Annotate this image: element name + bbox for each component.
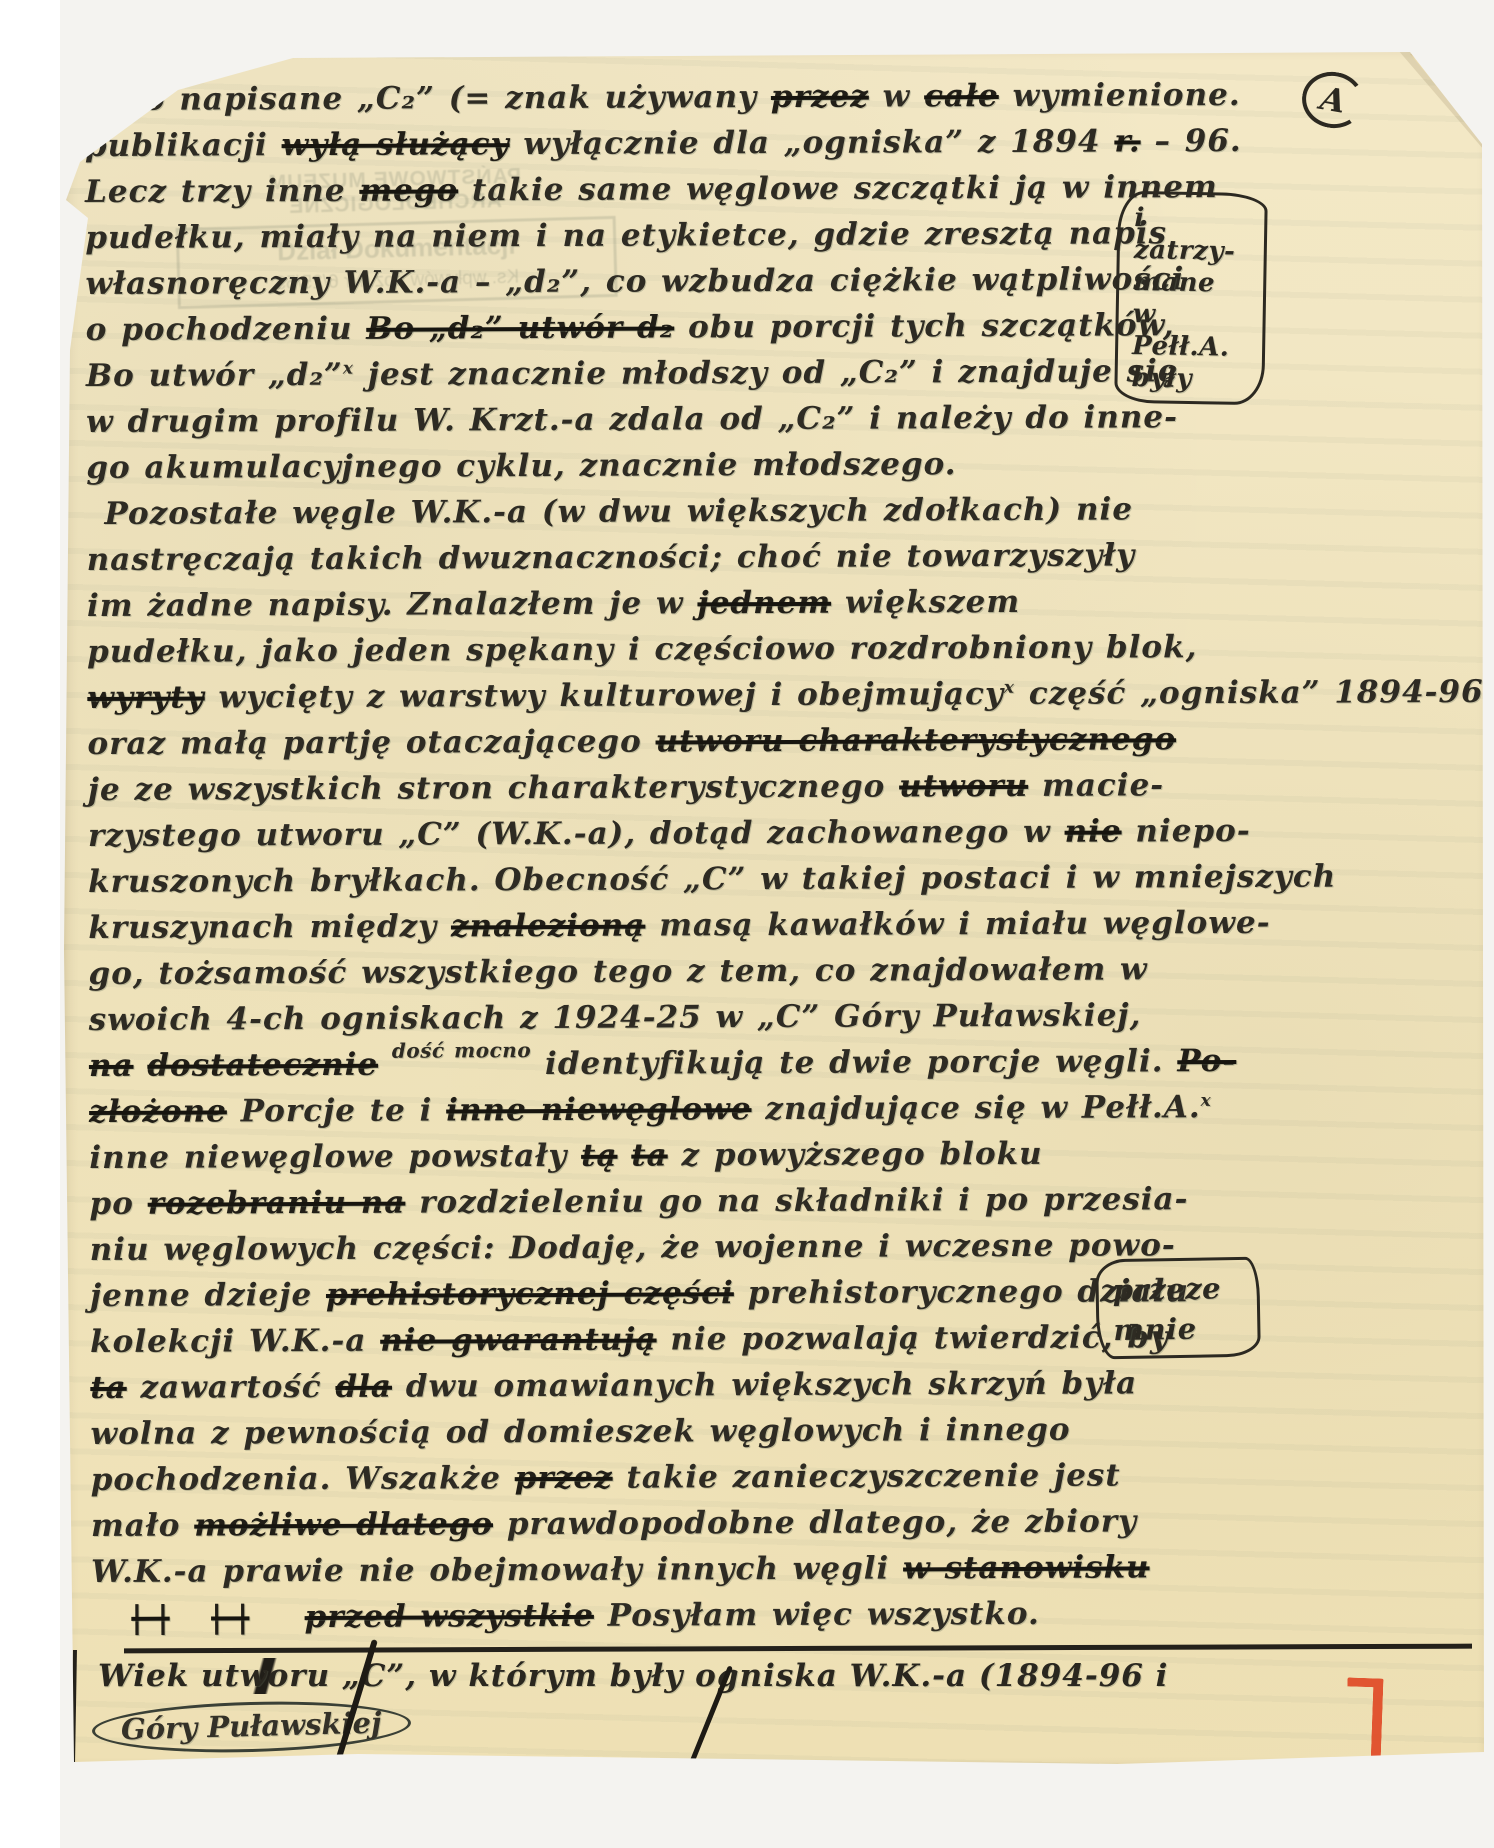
handwritten-text: x xyxy=(1201,1091,1212,1111)
struck-text: na xyxy=(89,1048,134,1084)
handwritten-text: inne niewęglowe powstały xyxy=(89,1138,581,1176)
handwritten-text: rzystego utworu „C” (W.K.-a), dotąd zach… xyxy=(88,814,1065,854)
handwritten-text: wymienione. xyxy=(999,77,1241,114)
manuscript-line: inne niewęglowe powstały tą ta z powyższ… xyxy=(89,1129,1479,1181)
struck-text: nie xyxy=(1064,814,1121,850)
handwritten-text: rozdzieleniu go na składniki i po przesi… xyxy=(405,1181,1188,1220)
handwritten-text: zawartość xyxy=(127,1369,336,1406)
manuscript-line: publikacji wyłą służący wyłącznie dla „o… xyxy=(85,117,1475,169)
manuscript-line: kolekcji W.K.-a nie gwarantują nie pozwa… xyxy=(90,1313,1480,1365)
struck-text: przed wszystkie xyxy=(305,1598,594,1635)
handwritten-text: własnoręczny W.K.-a – „d₂”, co wzbudza c… xyxy=(85,261,1184,302)
margin-note-retained: i zatrzy-manew Pełł.A.były xyxy=(1114,191,1268,406)
struck-text: mego xyxy=(359,172,458,208)
manuscript-line: po rozebraniu na rozdzieleniu go na skła… xyxy=(89,1175,1479,1227)
manuscript-line: w drugim profilu W. Krzt.-a zdala od „C₂… xyxy=(86,393,1476,445)
footer-left-bracket xyxy=(71,1650,77,1762)
paper: PAŃSTWOWE MUZEUM ARCHEOLOGICZNE Dział Do… xyxy=(58,50,1484,1772)
handwritten-text: jest znacznie młodszy od „C₂” i znajduje… xyxy=(354,353,1179,393)
margin-note-line: przeze xyxy=(1112,1268,1245,1310)
manuscript-line: oraz małą partję otaczającego utworu cha… xyxy=(87,715,1477,767)
handwritten-text: mało xyxy=(91,1508,194,1544)
handwritten-text: obu porcji tych szczątków, xyxy=(674,307,1175,345)
handwritten-text: publikacji xyxy=(85,127,282,164)
handwritten-text xyxy=(617,1138,631,1174)
handwritten-text: w xyxy=(869,78,924,114)
handwritten-text: niepo- xyxy=(1122,813,1251,850)
manuscript-line: złożone Porcje te i inne niewęglowe znaj… xyxy=(89,1083,1479,1135)
handwritten-text: utworu xyxy=(201,1658,330,1694)
struck-text: ta xyxy=(631,1138,668,1174)
handwritten-text: pochodzenia. Wszakże xyxy=(91,1460,515,1498)
manuscript-line: nastręczają takich dwuznaczności; choć n… xyxy=(87,531,1477,583)
struck-text: złożone xyxy=(89,1093,227,1130)
struck-text: przez xyxy=(515,1460,613,1496)
margin-note-line: mane xyxy=(1133,266,1252,300)
struck-text: jednem xyxy=(697,585,831,622)
struck-text: znalezioną xyxy=(451,908,646,945)
manuscript-line: o pochodzeniu Bo „d₂” utwór d₂ obu porcj… xyxy=(86,301,1476,353)
manuscript-line: niu węglowych części: Dodaję, że wojenne… xyxy=(90,1221,1480,1273)
handwritten-text: x xyxy=(1004,678,1015,698)
manuscript-line: go, tożsamość wszystkiego tego z tem, co… xyxy=(88,945,1478,997)
margin-note-line: w Pełł.A. xyxy=(1132,298,1251,364)
manuscript-line: kruszonych bryłkach. Obecność „C” w taki… xyxy=(88,853,1478,905)
handwritten-text: jenne dzieje xyxy=(90,1277,326,1314)
handwritten-text: kolekcji W.K.-a xyxy=(90,1323,380,1360)
handwritten-text: swoich 4-ch ogniskach z 1924-25 w „C” Gó… xyxy=(89,997,1142,1038)
manuscript-line: im żadne napisy. Znalazłem je w jednem w… xyxy=(87,577,1477,629)
handwritten-text: „C”, w którym były ogniska W.K.-a (1894-… xyxy=(330,1658,1168,1694)
manuscript-line: Bo utwór „d₂”x jest znacznie młodszy od … xyxy=(86,347,1476,399)
handwritten-text: takie zanieczyszczenie jest xyxy=(613,1458,1121,1496)
footer-circled-text: Góry Puławskiej xyxy=(91,1698,411,1756)
manuscript-line: własnoręczny W.K.-a – „d₂”, co wzbudza c… xyxy=(85,255,1475,307)
margin-note-by-me: przezemnie xyxy=(1095,1257,1261,1360)
manuscript-line: mało możliwe dlatego prawdopodobne dlate… xyxy=(91,1497,1481,1549)
handwritten-text: z powyższego bloku xyxy=(668,1136,1043,1174)
handwritten-text: Bo utwór „d₂” xyxy=(86,357,343,394)
handwritten-text: Wiek xyxy=(98,1658,201,1694)
handwritten-text: takie same węglowe szczątki ją w innem xyxy=(458,169,1218,208)
scan-background: { "document": { "type": "handwritten-man… xyxy=(0,0,1494,1848)
handwritten-text: masą kawałków i miału węglowe- xyxy=(645,905,1270,944)
manuscript-line: | | | | przed wszystkie Posyłam więc wsz… xyxy=(91,1589,1481,1641)
handwritten-text: go akumulacyjnego cyklu, znacznie młodsz… xyxy=(86,446,956,486)
manuscript-line: jenne dzieje prehistorycznej części preh… xyxy=(90,1267,1480,1319)
handwritten-text: Lecz trzy inne xyxy=(85,173,359,210)
struck-text: utworu charakterystycznego xyxy=(655,721,1176,759)
struck-text: możliwe dlatego xyxy=(194,1506,493,1543)
struck-text: dostatecznie xyxy=(147,1047,378,1084)
struck-text: wyłą służący xyxy=(281,126,509,163)
manuscript-line: ta zawartość dla dwu omawianych większyc… xyxy=(90,1359,1480,1411)
manuscript-line: pochodzenia. Wszakże przez takie zaniecz… xyxy=(91,1451,1481,1503)
handwritten-text: nie pozwalają twierdzić, by xyxy=(656,1319,1169,1357)
manuscript-line: rzystego utworu „C” (W.K.-a), dotąd zach… xyxy=(88,807,1478,859)
manuscript-line: kruszynach między znalezioną masą kawałk… xyxy=(88,899,1478,951)
manuscript-line: go akumulacyjnego cyklu, znacznie młodsz… xyxy=(86,439,1476,491)
struck-text: inne niewęglowe xyxy=(446,1091,752,1128)
manuscript-line: wolna z pewnością od domieszek węglowych… xyxy=(90,1405,1480,1457)
struck-text: tą xyxy=(581,1138,618,1174)
handwritten-text: wycięty z warstwy kulturowej i obejmując… xyxy=(205,676,1004,715)
struck-text: utworu xyxy=(899,768,1028,805)
manuscript-lines: Było napisane „C₂” (= znak używany przez… xyxy=(85,71,1482,1641)
handwritten-text: część „ogniska” 1894-96, xyxy=(1015,674,1494,712)
handwritten-text: im żadne napisy. Znalazłem je w xyxy=(87,585,698,624)
footer-rule xyxy=(124,1644,1472,1654)
handwritten-text xyxy=(170,1600,212,1636)
handwritten-text: znajdujące się w Pełł.A. xyxy=(751,1089,1200,1127)
handwritten-text: prawdopodobne dlatego, że zbiory xyxy=(493,1503,1137,1542)
handwritten-text: niu węglowych części: Dodaję, że wojenne… xyxy=(90,1227,1176,1268)
manuscript-line: Pozostałe węgle W.K.-a (w dwu większych … xyxy=(86,485,1476,537)
handwritten-text: dwu omawianych większych skrzyń była xyxy=(392,1365,1137,1404)
struck-text: Bo „d₂” utwór d₂ xyxy=(366,309,674,346)
struck-text: Po- xyxy=(1177,1043,1236,1079)
handwritten-text: wolna z pewnością od domieszek węglowych… xyxy=(90,1412,1070,1452)
handwritten-text: identyfikują te dwie porcje węgli. xyxy=(531,1043,1177,1082)
handwritten-text xyxy=(378,1047,392,1083)
footer-line: Wiek utworu „C”, w którym były ogniska W… xyxy=(98,1658,1168,1694)
struck-text: rozebraniu na xyxy=(148,1185,406,1222)
manuscript-line: wyryty wycięty z warstwy kulturowej i ob… xyxy=(87,669,1477,721)
red-bracket-mark xyxy=(1344,1677,1383,1767)
handwritten-text: kruszynach między xyxy=(88,908,451,946)
handwritten-text: Porcje te i xyxy=(227,1092,446,1129)
manuscript-line: swoich 4-ch ogniskach z 1924-25 w „C” Gó… xyxy=(89,991,1479,1043)
struck-text: dla xyxy=(335,1369,392,1405)
handwritten-text: po xyxy=(89,1186,147,1222)
manuscript-line: Było napisane „C₂” (= znak używany przez… xyxy=(85,71,1475,123)
struck-text: nie gwarantują xyxy=(380,1322,657,1359)
margin-note-line: mnie xyxy=(1113,1308,1246,1350)
handwritten-text: większem xyxy=(831,584,1020,621)
struck-text: prehistorycznej części xyxy=(326,1275,734,1313)
struck-text: | | xyxy=(211,1599,250,1635)
handwritten-text: nastręczają takich dwuznaczności; choć n… xyxy=(87,537,1136,578)
handwritten-text: Pozostałe węgle W.K.-a (w dwu większych … xyxy=(104,491,1133,531)
manuscript-line: na dostatecznie dość mocno identyfikują … xyxy=(89,1037,1479,1089)
handwritten-text: macie- xyxy=(1028,767,1164,804)
manuscript-line: W.K.-a prawie nie obejmowały innych węgl… xyxy=(91,1543,1481,1595)
handwritten-text: wyłącznie dla „ogniska” z 1894 xyxy=(510,124,1115,163)
handwritten-text: go, tożsamość wszystkiego tego z tem, co… xyxy=(88,951,1147,992)
struck-text: przez xyxy=(771,79,869,115)
handwritten-text: oraz małą partję otaczającego xyxy=(87,724,655,762)
struck-text: w stanowisku xyxy=(903,1549,1150,1586)
manuscript-line: je ze wszystkich stron charakterystyczne… xyxy=(88,761,1478,813)
handwritten-text: kruszonych bryłkach. Obecność „C” w taki… xyxy=(88,859,1336,900)
struck-text: r. xyxy=(1114,123,1140,159)
manuscript-line: pudełku, jako jeden spękany i częściowo … xyxy=(87,623,1477,675)
struck-text: | | xyxy=(131,1600,170,1636)
handwritten-text: W.K.-a prawie nie obejmowały innych węgl… xyxy=(91,1550,903,1590)
handwritten-text: je ze wszystkich stron charakterystyczne… xyxy=(88,768,900,808)
handwritten-text: Było napisane „C₂” (= znak używany xyxy=(85,79,771,118)
handwritten-text: w drugim profilu W. Krzt.-a zdala od „C₂… xyxy=(86,399,1178,440)
handwritten-text xyxy=(249,1599,304,1635)
handwritten-text: o pochodzeniu xyxy=(86,311,367,348)
margin-note-line: i zatrzy- xyxy=(1134,202,1253,268)
margin-note-line: były xyxy=(1131,362,1250,396)
inserted-text: dość mocno xyxy=(392,1038,531,1063)
handwritten-text xyxy=(133,1048,147,1084)
handwritten-text: x xyxy=(343,359,354,379)
struck-text: ta xyxy=(90,1370,127,1406)
handwritten-text: Posyłam więc wszystko. xyxy=(594,1596,1040,1634)
handwritten-text: pudełku, jako jeden spękany i częściowo … xyxy=(87,629,1197,670)
struck-text: całe xyxy=(924,78,999,114)
handwritten-text: – 96. xyxy=(1141,123,1242,159)
handwritten-text: pudełku, miały na niem i na etykietce, g… xyxy=(85,215,1167,256)
struck-text: wyryty xyxy=(87,680,205,717)
